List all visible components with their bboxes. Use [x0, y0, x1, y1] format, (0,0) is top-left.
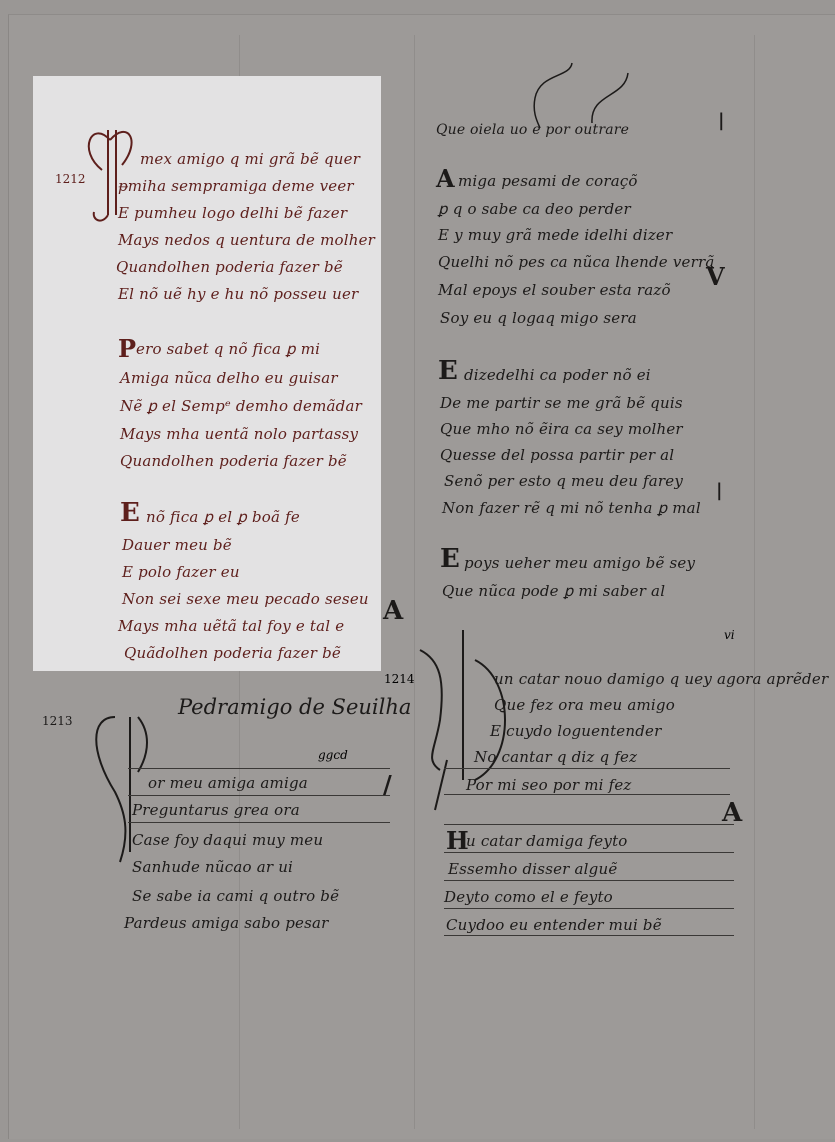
- paragraph-mark-icon: |: [718, 110, 725, 131]
- marginal-note: vi: [724, 628, 735, 642]
- verse-line: Mal epoys el souber esta razõ: [438, 281, 671, 299]
- verse-line: Se sabe ia cami q outro bẽ: [132, 887, 339, 905]
- verse-line: Quesse del possa partir per al: [440, 446, 674, 464]
- verse-line: E pumheu logo delhi bẽ fazer: [118, 204, 347, 222]
- paragraph-mark-icon: A: [383, 596, 403, 626]
- verse-line: Mays mha uentã nolo partassy: [120, 425, 358, 443]
- ruling-line: [444, 908, 734, 909]
- poem-number: 1212: [55, 172, 86, 186]
- verse-line: E cuydo loguentender: [490, 722, 662, 740]
- ruling-line: [444, 794, 730, 795]
- verse-line: Sanhude nũcao ar ui: [132, 858, 293, 876]
- verse-line: Que nũca pode ꝑ mi saber al: [442, 582, 665, 600]
- verse-line: E polo fazer eu: [122, 563, 240, 581]
- verse-line: Quãdolhen poderia fazer bẽ: [124, 644, 341, 662]
- verse-line: Que fez ora meu amigo: [494, 696, 675, 714]
- verse-line: Essemho disser alguẽ: [448, 860, 617, 878]
- verse-line: dizedelhi ca poder nõ ei: [464, 366, 651, 384]
- stanza-initial: E: [120, 498, 140, 528]
- stanza-initial: E: [438, 356, 458, 386]
- paragraph-mark-icon: V: [706, 262, 725, 291]
- ruling-line: [128, 795, 390, 796]
- verse-line: Soy eu q logaq migo sera: [440, 309, 637, 327]
- stanza-initial: P: [118, 334, 136, 363]
- verse-line: ꝑ q o sabe ca deo perder: [438, 200, 631, 218]
- verse-line: El nõ uẽ hy e hu nõ posseu uer: [118, 285, 358, 303]
- verse-line: Amiga nũca delho eu guisar: [120, 369, 338, 387]
- marginal-note: ggcd: [318, 748, 348, 762]
- verse-line: ero sabet q nõ fica ꝑ mi: [136, 340, 320, 358]
- stanza-initial: A: [436, 164, 455, 193]
- verse-line: Quandolhen poderia fazer bẽ: [116, 258, 343, 276]
- verse-line: Nẽ ꝑ el Sempᵉ demho demãdar: [120, 397, 362, 415]
- verse-line: Non fazer rẽ q mi nõ tenha ꝑ mal: [442, 499, 701, 517]
- verse-line: Dauer meu bẽ: [122, 536, 232, 554]
- verse-line: Case foy daqui muy meu: [132, 831, 323, 849]
- verse-line: No cantar q diz q fez: [474, 748, 637, 766]
- paragraph-mark-icon: /: [383, 770, 392, 799]
- verse-line: De me partir se me grã bẽ quis: [440, 394, 683, 412]
- verse-line: ᵽmiha sempramiga deme veer: [118, 177, 354, 195]
- ruling-line: [414, 35, 415, 1129]
- verse-line: E y muy grã mede idelhi dizer: [438, 226, 672, 244]
- verse-line: Quelhi nõ pes ca nũca lhende verrã: [438, 253, 715, 271]
- verse-line: miga pesami de coraçõ: [458, 172, 638, 190]
- verse-line: poys ueher meu amigo bẽ sey: [464, 554, 695, 572]
- ruling-line: [444, 768, 730, 769]
- verse-line: Quandolhen poderia fazer bẽ: [120, 452, 347, 470]
- verse-line: Que oiela uo e por outrare: [436, 122, 629, 138]
- ruling-line: [444, 824, 734, 825]
- verse-line: Que mho nõ ẽira ca sey molher: [440, 420, 683, 438]
- verse-line: u catar damiga feyto: [466, 832, 628, 850]
- verse-line: Preguntarus grea ora: [132, 801, 300, 819]
- stanza-initial: E: [440, 544, 460, 574]
- verse-line: Por mi seo por mi fez: [466, 776, 632, 794]
- verse-line: mex amigo q mi grã bẽ quer: [140, 150, 360, 168]
- ruling-line: [444, 935, 734, 936]
- verse-line: Deyto como el e feyto: [444, 888, 613, 906]
- verse-line: Mays nedos q uentura de molher: [118, 231, 375, 249]
- author-heading: Pedramigo de Seuilha: [178, 695, 411, 719]
- verse-line: Cuydoo eu entender mui bẽ: [446, 916, 662, 934]
- ruling-line: [128, 768, 390, 769]
- ruling-line: [444, 880, 734, 881]
- poem-number: 1213: [42, 714, 73, 728]
- verse-line: nõ fica ꝑ el ꝑ boã fe: [146, 508, 300, 526]
- paragraph-mark-icon: |: [716, 480, 723, 501]
- verse-line: Non sei sexe meu pecado seseu: [122, 590, 369, 608]
- ruling-line: [754, 35, 755, 1129]
- verse-line: Pardeus amiga sabo pesar: [124, 914, 329, 932]
- ruling-line: [128, 822, 390, 823]
- ruling-line: [444, 852, 734, 853]
- verse-line: Mays mha uẽtã tal foy e tal e: [118, 617, 344, 635]
- verse-line: Senõ per esto q meu deu farey: [444, 472, 683, 490]
- poem-number: 1214: [384, 672, 415, 686]
- verse-line: or meu amiga amiga: [148, 774, 308, 792]
- verse-line: un catar nouo damigo q uey agora aprẽder: [494, 670, 828, 688]
